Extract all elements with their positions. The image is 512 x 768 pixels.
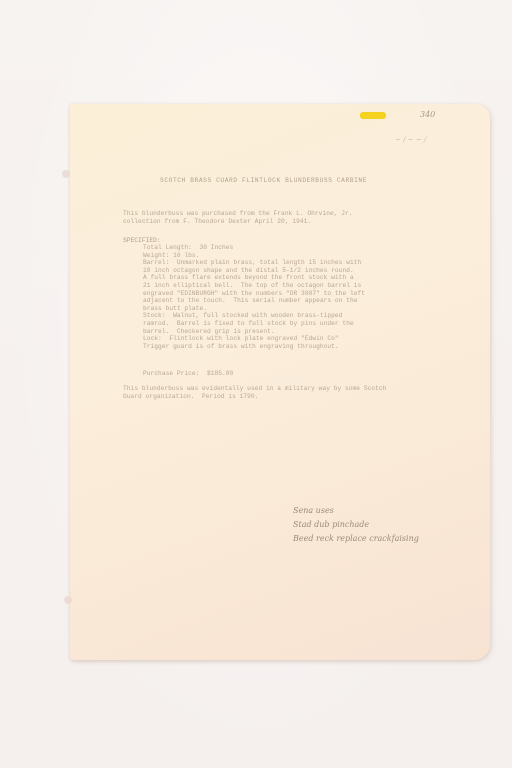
specs-list: Total Length: 30 Inches Weight: 10 lbs. … bbox=[143, 244, 365, 350]
punch-hole bbox=[64, 596, 72, 604]
yellow-highlight-tab bbox=[360, 112, 386, 119]
intro-paragraph: This blunderbuss was purchased from the … bbox=[123, 210, 353, 225]
pencil-annotations: ~ / ~ ~ / bbox=[395, 134, 435, 204]
handwritten-notes: Sena uses Stad dub pinchade Beed reck re… bbox=[293, 504, 473, 546]
closing-note: This blunderbuss was evidentally used in… bbox=[123, 385, 386, 400]
purchase-price: Purchase Price: $185.00 bbox=[143, 370, 233, 378]
page-number: 340 bbox=[420, 110, 435, 119]
document-page: 340 ~ / ~ ~ / SCOTCH BRASS CUARD FLINTLO… bbox=[70, 104, 490, 660]
document-title: SCOTCH BRASS CUARD FLINTLOCK BLUNDERBUSS… bbox=[160, 177, 367, 185]
punch-hole bbox=[62, 170, 70, 178]
